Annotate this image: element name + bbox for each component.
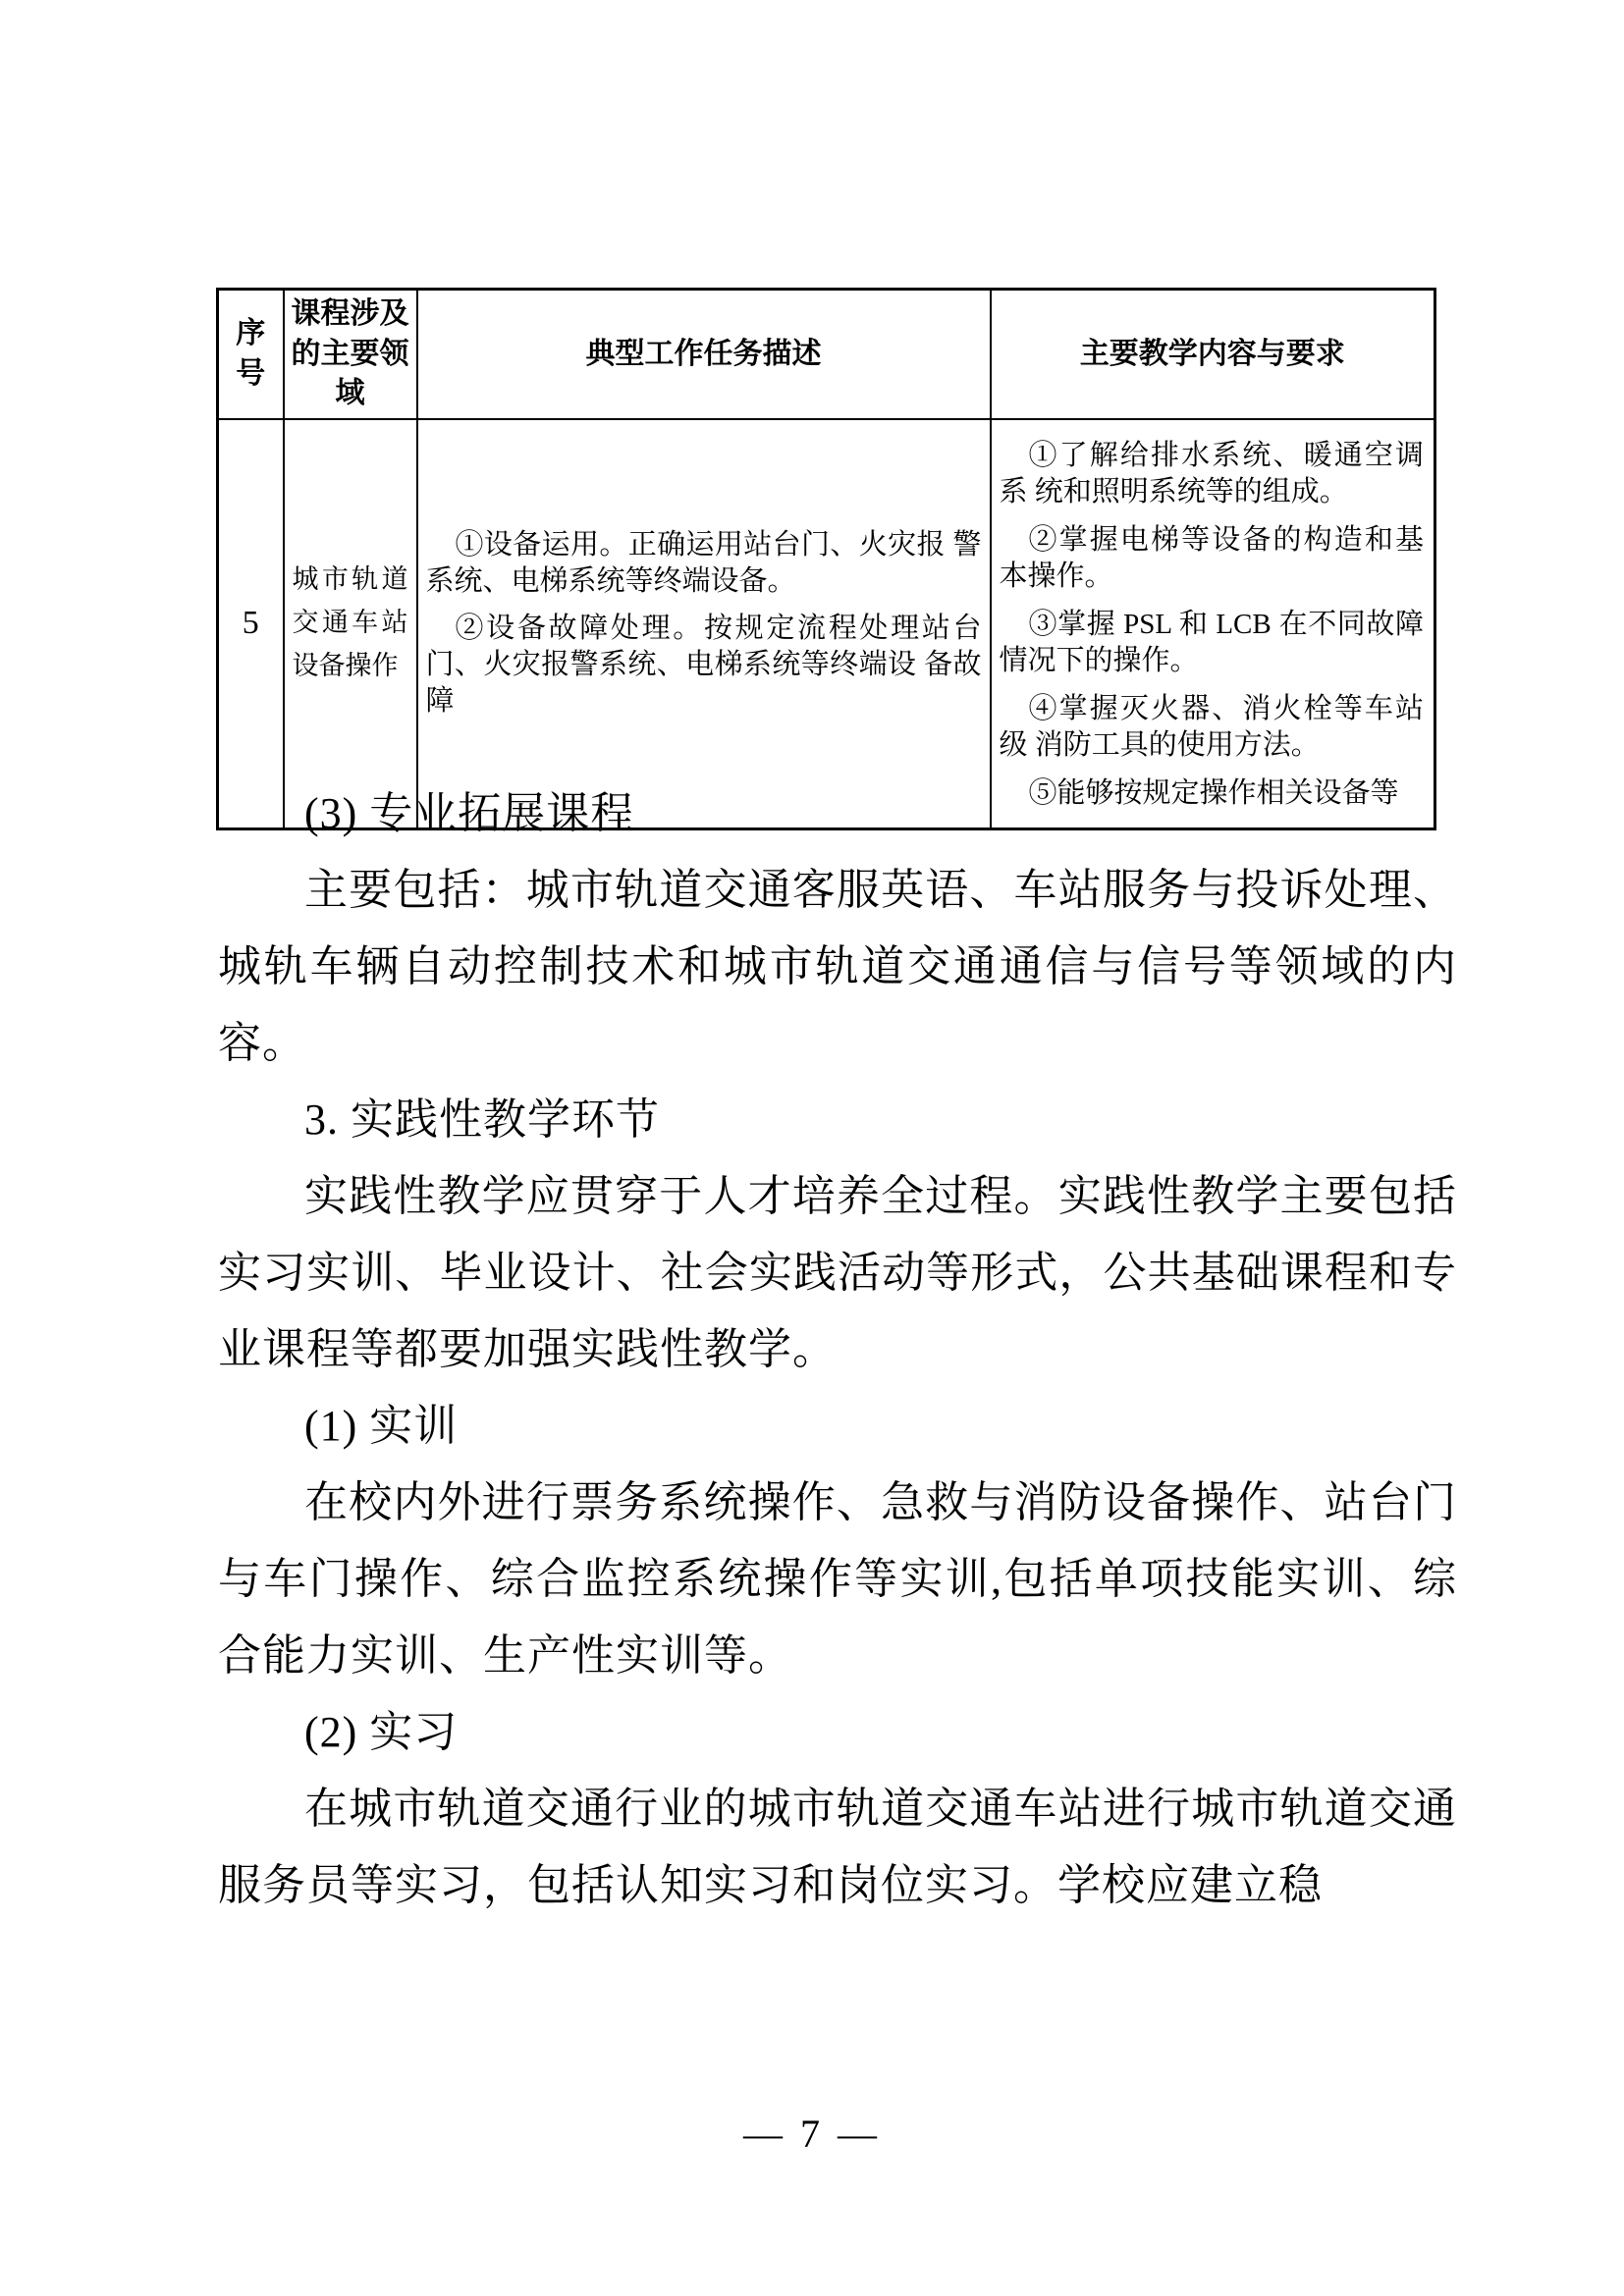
body-paragraph: 实践性教学应贯穿于人才培养全过程。实践性教学主要包括实习实训、毕业设计、社会实践…: [218, 1158, 1457, 1388]
row-requirements: ①了解给排水系统、暖通空调系 统和照明系统等的组成。 ②掌握电梯等设备的构造和基…: [991, 419, 1435, 829]
body-paragraph: (3) 专业拓展课程: [218, 775, 1457, 852]
table-header-row: 序号 课程涉及的主要领域 典型工作任务描述 主要教学内容与要求: [218, 290, 1435, 419]
row-seq: 5: [218, 419, 284, 829]
body-paragraph: 在城市轨道交通行业的城市轨道交通车站进行城市轨道交通服务员等实习，包括认知实习和…: [218, 1771, 1457, 1924]
requirement-item: ④掌握灭火器、消火栓等车站级 消防工具的使用方法。: [1000, 691, 1425, 764]
requirement-item: ③掌握 PSL 和 LCB 在不同故障 情况下的操作。: [1000, 607, 1425, 679]
body-paragraph: 在校内外进行票务系统操作、急救与消防设备操作、站台门与车门操作、综合监控系统操作…: [218, 1465, 1457, 1694]
requirement-item: ②掌握电梯等设备的构造和基 本操作。: [1000, 522, 1425, 595]
page-number: — 7 —: [0, 2110, 1624, 2157]
row-domain: 城市轨道交通车站设备操作: [284, 419, 417, 829]
header-task-description: 典型工作任务描述: [417, 290, 991, 419]
document-page: 序号 课程涉及的主要领域 典型工作任务描述 主要教学内容与要求 5 城市轨道交通…: [0, 0, 1624, 2296]
body-paragraph: 主要包括：城市轨道交通客服英语、车站服务与投诉处理、城轨车辆自动控制技术和城市轨…: [218, 852, 1457, 1082]
body-paragraph: (1) 实训: [218, 1388, 1457, 1465]
task-item: ②设备故障处理。按规定流程处理站台门、火灾报警系统、电梯系统等终端设 备故障: [426, 611, 982, 720]
header-domain: 课程涉及的主要领域: [284, 290, 417, 419]
header-teaching-content: 主要教学内容与要求: [991, 290, 1435, 419]
curriculum-table: 序号 课程涉及的主要领域 典型工作任务描述 主要教学内容与要求 5 城市轨道交通…: [216, 288, 1436, 830]
table-row: 5 城市轨道交通车站设备操作 ①设备运用。正确运用站台门、火灾报 警系统、电梯系…: [218, 419, 1435, 829]
body-paragraph: 3. 实践性教学环节: [218, 1082, 1457, 1158]
body-paragraph: (2) 实习: [218, 1694, 1457, 1771]
task-item: ①设备运用。正确运用站台门、火灾报 警系统、电梯系统等终端设备。: [426, 527, 982, 600]
requirement-item: ①了解给排水系统、暖通空调系 统和照明系统等的组成。: [1000, 438, 1425, 510]
row-tasks: ①设备运用。正确运用站台门、火灾报 警系统、电梯系统等终端设备。 ②设备故障处理…: [417, 419, 991, 829]
body-text: (3) 专业拓展课程 主要包括：城市轨道交通客服英语、车站服务与投诉处理、城轨车…: [218, 775, 1457, 1924]
header-seq: 序号: [218, 290, 284, 419]
